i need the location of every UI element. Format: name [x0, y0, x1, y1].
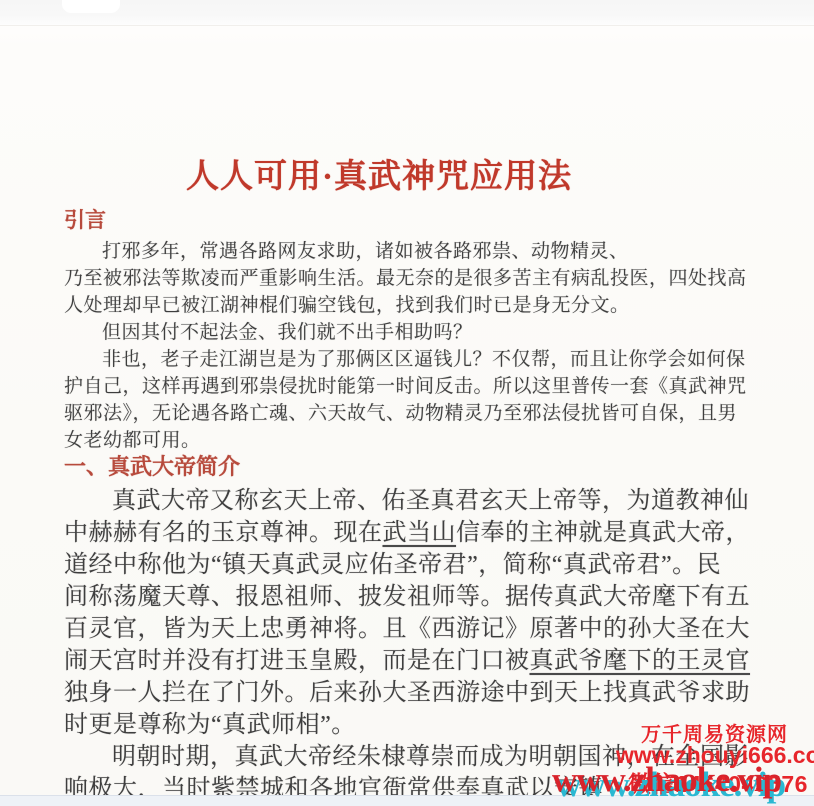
- text-line: 非也，老子走江湖岂是为了那俩区区逼钱儿？不仅帮，而且让你学会如何保: [64, 346, 750, 373]
- text-run: 非也，老子走江湖岂是为了那俩区区逼钱儿？不仅帮，而且让你学会如何保: [102, 349, 746, 370]
- text-line: 打邪多年，常遇各路网友求助，诸如被各路邪祟、动物精灵、: [64, 238, 750, 265]
- text-run: 护自己，这样再遇到邪祟侵扰时能第一时间反击。所以这里普传一套《真武神咒: [64, 376, 747, 397]
- text-line: 驱邪法》，无论遇各路亡魂、六天故气、动物精灵乃至邪法侵扰皆可自保，且男: [64, 400, 750, 427]
- text-run: 间称荡魔天尊、报恩祖师、披发祖师等。据传真武大帝麾下有五: [64, 584, 750, 610]
- intro-paragraph: 打邪多年，常遇各路网友求助，诸如被各路邪祟、动物精灵、乃至被邪法等欺凌而严重影响…: [64, 238, 750, 454]
- text-run: 驱邪法》，无论遇各路亡魂、六天故气、动物精灵乃至邪法侵扰皆可自保，且男: [64, 403, 737, 424]
- text-line: 道经中称他为“镇天真武灵应佑圣帝君”，简称“真武帝君”。民: [64, 549, 750, 581]
- text-line: 但因其付不起法金、我们就不出手相助吗？: [64, 319, 750, 346]
- text-line: 百灵官，皆为天上忠勇神将。且《西游记》原著中的孙大圣在大: [64, 613, 750, 645]
- text-line: 独身一人拦在了门外。后来孙大圣西游途中到天上找真武爷求助: [64, 677, 750, 709]
- text-run: 真武大帝又称玄天上帝、佑圣真君玄天上帝等，为道教神仙: [112, 488, 749, 514]
- text-run: 百灵官，皆为天上忠勇神将。且《西游记》原著中的孙大圣在大: [64, 616, 750, 642]
- text-line: 真武大帝又称玄天上帝、佑圣真君玄天上帝等，为道教神仙: [64, 485, 750, 517]
- text-line: 间称荡魔天尊、报恩祖师、披发祖师等。据传真武大帝麾下有五: [64, 581, 750, 613]
- text-run: 乃至被邪法等欺凌而严重影响生活。最无奈的是很多苦主有病乱投医，四处找高: [64, 268, 747, 289]
- text-run: 独身一人拦在了门外。后来孙大圣西游途中到天上找真武爷求助: [64, 680, 750, 706]
- watermark-zhaoke-url: www.zhaoke.vip: [552, 761, 781, 799]
- underlined-text: 真武爷麾下的王灵官: [530, 648, 751, 674]
- text-line: 女老幼都可用。: [64, 427, 750, 454]
- text-run: 信奉的主神就是真武大帝，: [456, 520, 750, 546]
- text-run: 道经中称他为“镇天真武灵应佑圣帝君”，简称“真武帝君”。民: [64, 552, 721, 578]
- page-title: 人人可用·真武神咒应用法: [64, 158, 750, 196]
- text-line: 闹天宫时并没有打进玉皇殿，而是在门口被真武爷麾下的王灵官: [64, 645, 750, 677]
- underlined-text: 武当山: [383, 520, 457, 546]
- text-line: 乃至被邪法等欺凌而严重影响生活。最无奈的是很多苦主有病乱投医，四处找高: [64, 265, 750, 292]
- text-run: 人处理却早已被江湖神棍们骗空钱包，找到我们时已是身无分文。: [64, 295, 630, 316]
- text-line: 人处理却早已被江湖神棍们骗空钱包，找到我们时已是身无分文。: [64, 292, 750, 319]
- text-run: 闹天宫时并没有打进玉皇殿，而是在门口被: [64, 648, 530, 674]
- text-line: 护自己，这样再遇到邪祟侵扰时能第一时间反击。所以这里普传一套《真武神咒: [64, 373, 750, 400]
- section-heading-one: 一、真武大帝简介: [64, 454, 750, 480]
- section-heading-intro: 引言: [64, 207, 750, 233]
- text-run: 打邪多年，常遇各路网友求助，诸如被各路邪祟、动物精灵、: [102, 241, 629, 262]
- paper: 人人可用·真武神咒应用法 引言 打邪多年，常遇各路网友求助，诸如被各路邪祟、动物…: [0, 0, 814, 806]
- text-line: 中赫赫有名的玉京尊神。现在武当山信奉的主神就是真武大帝，: [64, 517, 750, 549]
- text-run: 女老幼都可用。: [64, 430, 201, 451]
- text-run: 中赫赫有名的玉京尊神。现在: [64, 520, 383, 546]
- document-page: 人人可用·真武神咒应用法 引言 打邪多年，常遇各路网友求助，诸如被各路邪祟、动物…: [0, 0, 814, 806]
- text-run: 但因其付不起法金、我们就不出手相助吗？: [102, 322, 473, 343]
- text-run: 时更是尊称为“真武师相”。: [64, 712, 356, 738]
